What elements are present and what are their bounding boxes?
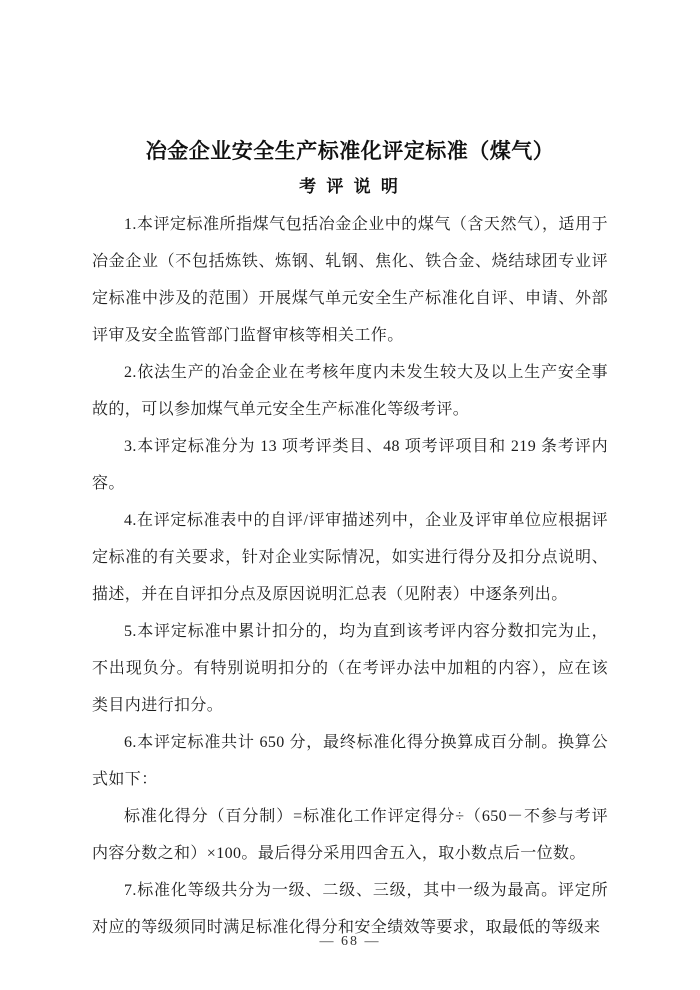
paragraph-3: 3.本评定标准分为 13 项考评类目、48 项考评项目和 219 条考评内容。 xyxy=(92,428,608,502)
paragraph-5: 5.本评定标准中累计扣分的，均为直到该考评内容分数扣完为止，不出现负分。有特别说… xyxy=(92,613,608,724)
document-body: 1.本评定标准所指煤气包括冶金企业中的煤气（含天然气），适用于冶金企业（不包括炼… xyxy=(92,206,608,946)
paragraph-1: 1.本评定标准所指煤气包括冶金企业中的煤气（含天然气），适用于冶金企业（不包括炼… xyxy=(92,206,608,354)
page-number: — 68 — xyxy=(0,934,700,950)
paragraph-2: 2.依法生产的冶金企业在考核年度内未发生较大及以上生产安全事故的，可以参加煤气单… xyxy=(92,354,608,428)
document-page: 冶金企业安全生产标准化评定标准（煤气） 考 评 说 明 1.本评定标准所指煤气包… xyxy=(0,0,700,990)
paragraph-formula: 标准化得分（百分制）=标准化工作评定得分÷（650－不参与考评内容分数之和）×1… xyxy=(92,798,608,872)
document-subtitle: 考 评 说 明 xyxy=(0,175,700,199)
document-title: 冶金企业安全生产标准化评定标准（煤气） xyxy=(0,136,700,166)
paragraph-6: 6.本评定标准共计 650 分，最终标准化得分换算成百分制。换算公式如下： xyxy=(92,724,608,798)
paragraph-4: 4.在评定标准表中的自评/评审描述列中，企业及评审单位应根据评定标准的有关要求，… xyxy=(92,502,608,613)
